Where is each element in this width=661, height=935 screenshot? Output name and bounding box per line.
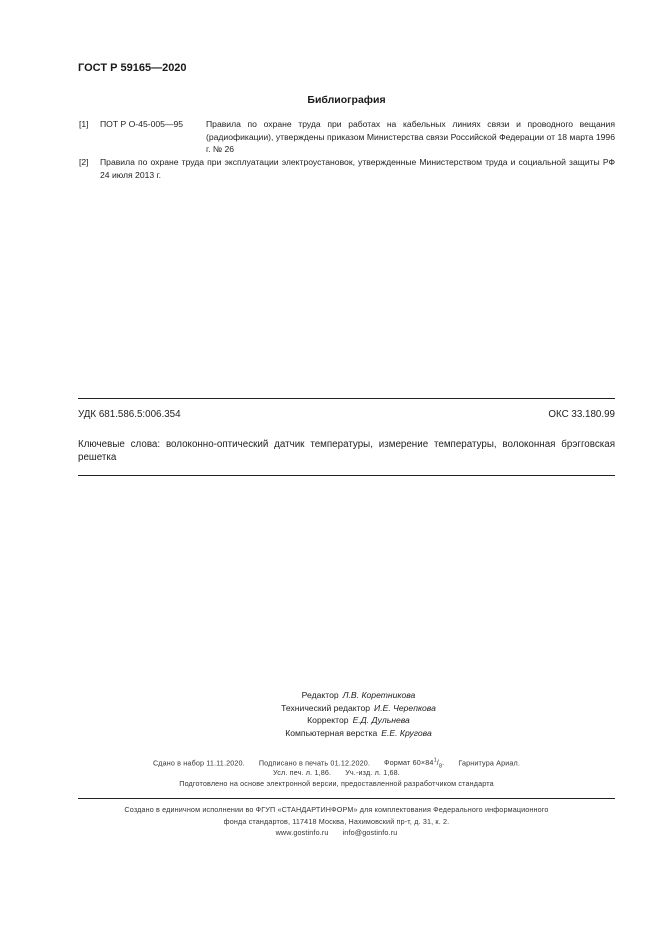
credit-name: Е.Е. Кругова [381,728,431,738]
divider-bottom [78,475,615,476]
credit-name: Л.В. Коретникова [343,690,416,700]
credit-role: Технический редактор [281,703,370,713]
udk-code: УДК 681.586.5:006.354 [78,409,181,420]
bibliography-entry-2-number: [2] [79,156,89,169]
imprint-line-2: Усл. печ. л. 1,86.Уч.-изд. л. 1,68. [0,767,661,778]
footer-line-2: фонда стандартов, 117418 Москва, Нахимов… [12,816,661,828]
footer-contacts: www.gostinfo.ruinfo@gostinfo.ru [12,827,661,839]
credit-layout: Компьютерная версткаЕ.Е. Кругова [56,727,661,740]
standard-id: ГОСТ Р 59165—2020 [78,62,187,74]
bibliography-entry-2-text: Правила по охране труда при эксплуатации… [100,156,615,181]
credit-proofreader: КорректорЕ.Д. Дульнева [56,714,661,727]
credits-block: РедакторЛ.В. Коретникова Технический ред… [0,689,661,739]
credit-role: Редактор [302,690,339,700]
email-link[interactable]: info@gostinfo.ru [343,828,398,837]
imprint-prepared-note: Подготовлено на основе электронной верси… [0,778,661,789]
bibliography-entry-1-text: Правила по охране труда при работах на к… [206,118,615,156]
credit-editor: РедакторЛ.В. Коретникова [56,689,661,702]
credit-role: Компьютерная верстка [285,728,377,738]
imprint-publisher-sheets: Уч.-изд. л. 1,68. [345,768,400,777]
credit-name: И.Е. Черепкова [374,703,436,713]
website-link[interactable]: www.gostinfo.ru [276,828,329,837]
bibliography-entry-1-code: ПОТ Р О-45-005—95 [100,118,183,131]
footer-block: Создано в единичном исполнении во ФГУП «… [0,804,661,839]
format-numerator: 1 [434,758,437,764]
oks-code: ОКС 33.180.99 [548,409,615,420]
credit-role: Корректор [307,715,348,725]
keywords: Ключевые слова: волоконно-оптический дат… [78,438,615,465]
bibliography-heading: Библиография [0,94,661,106]
bibliography-entry-1-number: [1] [79,118,89,131]
divider-top [78,398,615,399]
credit-name: Е.Д. Дульнева [353,715,410,725]
divider-footer [78,798,615,799]
imprint-print-sheets: Усл. печ. л. 1,86. [273,768,331,777]
credit-tech-editor: Технический редакторИ.Е. Черепкова [56,702,661,715]
footer-line-1: Создано в единичном исполнении во ФГУП «… [12,804,661,816]
